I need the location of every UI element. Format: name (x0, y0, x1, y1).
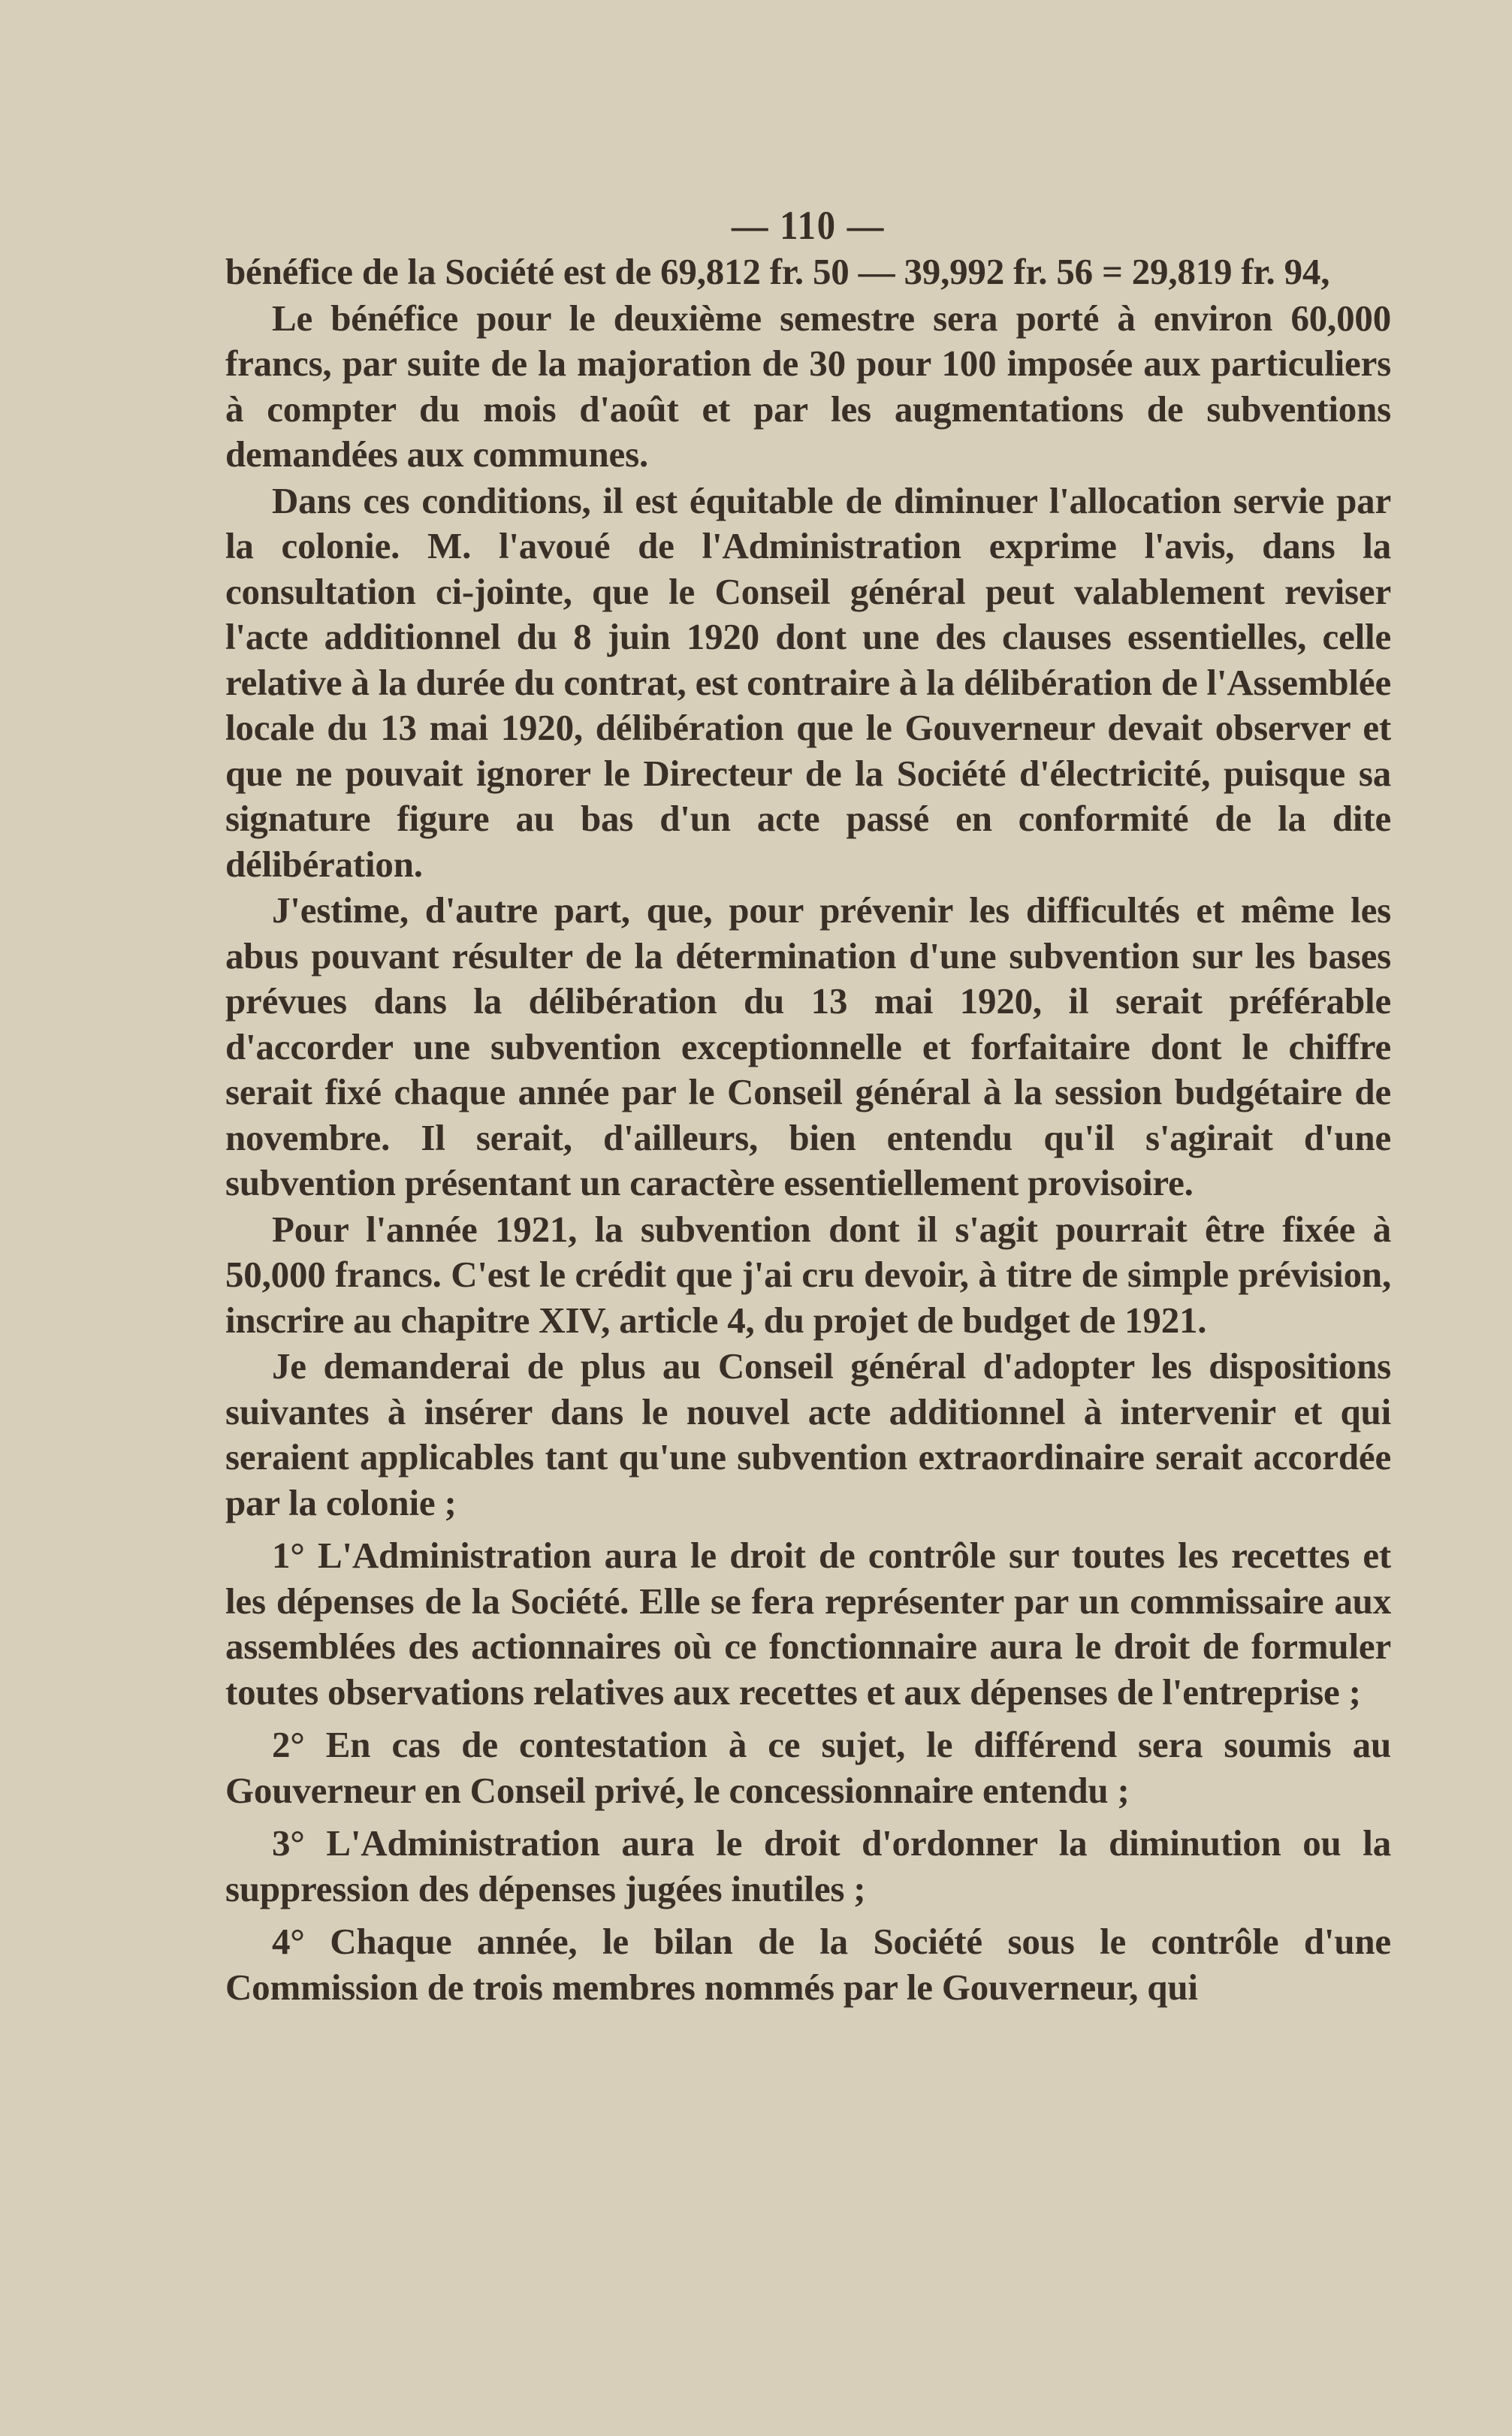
list-item-1: 1° L'Administration aura le droit de con… (225, 1533, 1391, 1715)
page-number-text: — 110 — (732, 203, 885, 248)
body-text: bénéfice de la Société est de 69,812 fr.… (225, 249, 1391, 2010)
page-number: — 110 — (284, 203, 1333, 248)
paragraph-estime: J'estime, d'autre part, que, pour préven… (225, 888, 1391, 1206)
paragraph-demanderai: Je demanderai de plus au Conseil général… (225, 1344, 1391, 1526)
document-page: — 110 — bénéfice de la Société est de 69… (225, 203, 1391, 2011)
paragraph-continuation: bénéfice de la Société est de 69,812 fr.… (225, 249, 1391, 295)
paragraph-conditions: Dans ces conditions, il est équitable de… (225, 478, 1391, 888)
paragraph-benefice-second-semestre: Le bénéfice pour le deuxième semestre se… (225, 296, 1391, 478)
list-item-3: 3° L'Administration aura le droit d'ordo… (225, 1821, 1391, 1912)
list-item-4: 4° Chaque année, le bilan de la Société … (225, 1919, 1391, 2010)
list-item-2: 2° En cas de contestation à ce sujet, le… (225, 1722, 1391, 1813)
paragraph-annee-1921: Pour l'année 1921, la subvention dont il… (225, 1207, 1391, 1344)
